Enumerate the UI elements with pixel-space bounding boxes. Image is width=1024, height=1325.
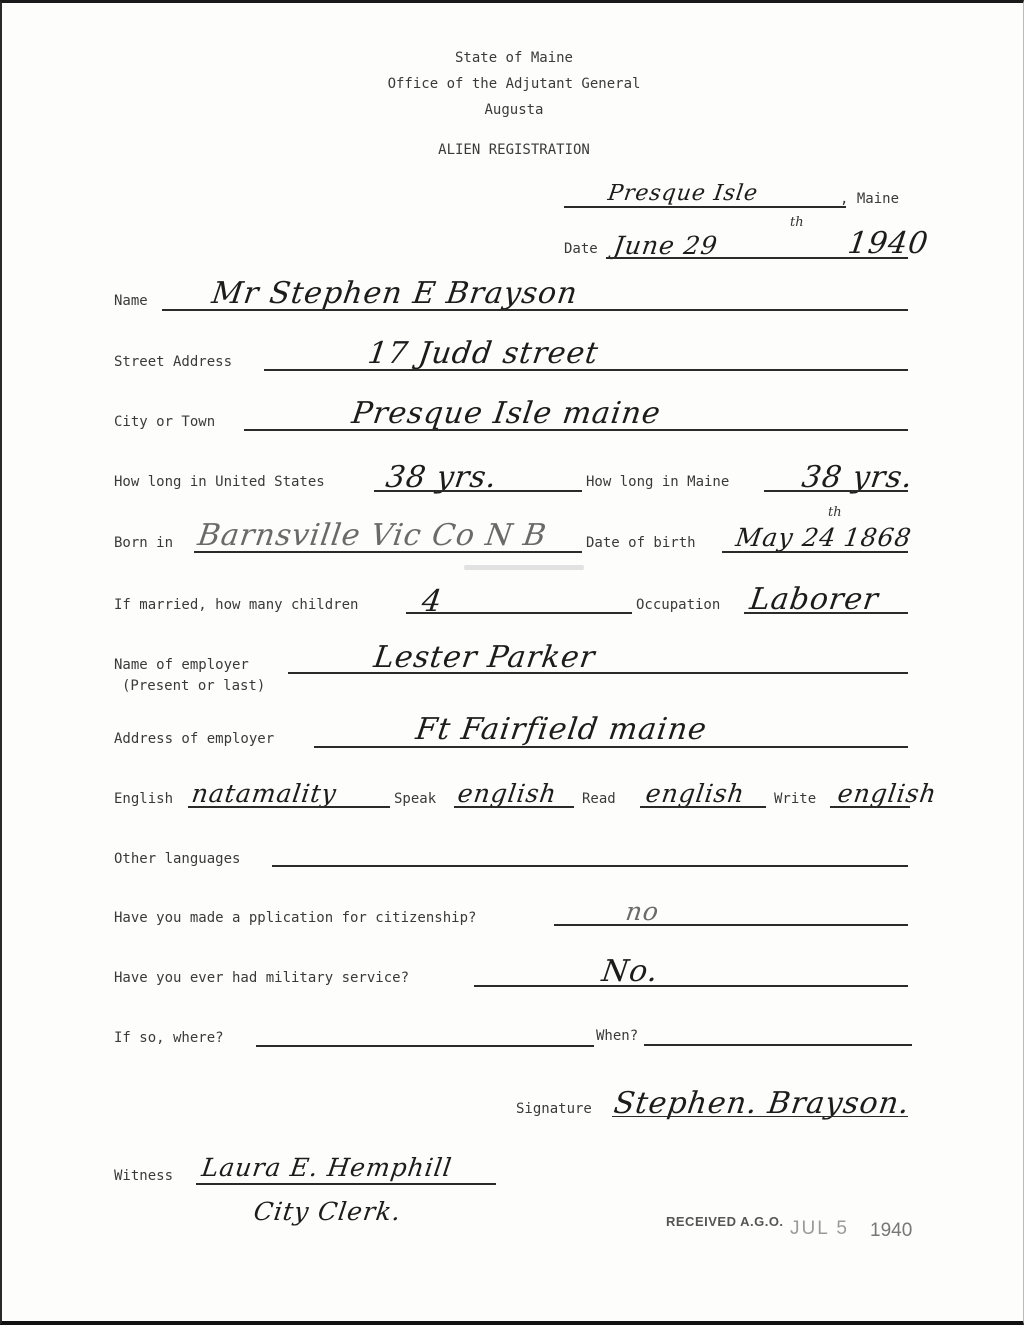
received-stamp-date: JUL 5 (790, 1219, 849, 1238)
children-line (406, 612, 632, 614)
dob-year: 1868 (842, 525, 913, 550)
header-city: Augusta (2, 103, 1024, 117)
occupation-value: Laborer (748, 585, 881, 615)
form-title: ALIEN REGISTRATION (2, 143, 1024, 157)
dob-suffix: th (828, 505, 842, 520)
military-line (474, 985, 908, 987)
born-in-value: Barnsville Vic Co N B (196, 521, 549, 551)
english-line (188, 806, 390, 808)
write-line (830, 806, 910, 808)
speak-value: english (456, 781, 558, 806)
citizenship-line (554, 924, 908, 926)
maine-duration-value: 38 yrs. (800, 463, 915, 493)
born-in-line (194, 551, 582, 553)
born-in-label: Born in (114, 536, 173, 550)
citizenship-value: no (624, 899, 661, 924)
speak-line (454, 806, 574, 808)
signature-line (612, 1116, 908, 1117)
witness-label: Witness (114, 1169, 173, 1183)
other-languages-label: Other languages (114, 852, 240, 866)
employer-address-value: Ft Fairfield maine (414, 715, 709, 745)
document-page: State of Maine Office of the Adjutant Ge… (0, 0, 1024, 1325)
city-line (244, 429, 908, 431)
english-label: English (114, 792, 173, 806)
employer-line (288, 672, 908, 674)
received-stamp-year: 1940 (870, 1221, 912, 1240)
header-office: Office of the Adjutant General (2, 77, 1024, 91)
write-label: Write (774, 792, 816, 806)
dob-label: Date of birth (586, 536, 696, 550)
dob-line (722, 551, 908, 553)
place-value: Presque Isle (606, 183, 759, 205)
when-label: When? (596, 1029, 638, 1043)
place-line (564, 206, 846, 208)
maine-duration-label: How long in Maine (586, 475, 729, 489)
place-suffix: , Maine (840, 192, 899, 206)
received-stamp-label: RECEIVED A.G.O. (666, 1215, 784, 1228)
dob-value: May 24 (734, 525, 838, 550)
signature-value: Stephen. Brayson. (612, 1089, 912, 1119)
city-label: City or Town (114, 415, 215, 429)
header-state: State of Maine (2, 51, 1024, 65)
military-value: No. (600, 957, 661, 987)
street-label: Street Address (114, 355, 232, 369)
read-line (640, 806, 766, 808)
us-duration-label: How long in United States (114, 475, 325, 489)
street-line (264, 369, 908, 371)
date-month-day: June 29 (612, 233, 719, 258)
occupation-label: Occupation (636, 598, 720, 612)
witness-line (196, 1183, 496, 1185)
write-value: english (836, 781, 938, 806)
signature-label: Signature (516, 1102, 592, 1116)
when-line (644, 1044, 912, 1046)
maine-duration-line (764, 490, 908, 492)
name-line (162, 309, 908, 311)
where-label: If so, where? (114, 1031, 224, 1045)
date-year: 1940 (846, 229, 931, 259)
where-line (256, 1045, 594, 1047)
english-value: natamality (190, 781, 338, 806)
date-label: Date (564, 242, 598, 256)
military-label: Have you ever had military service? (114, 971, 409, 985)
children-label: If married, how many children (114, 598, 358, 612)
read-value: english (644, 781, 746, 806)
witness-title: City Clerk. (252, 1199, 403, 1224)
speak-label: Speak (394, 792, 436, 806)
us-duration-line (374, 490, 582, 492)
employer-label: Name of employer (114, 658, 249, 672)
employer-sublabel: (Present or last) (122, 679, 265, 693)
date-line (606, 257, 908, 259)
employer-value: Lester Parker (372, 643, 597, 673)
date-day-suffix: th (790, 215, 804, 230)
other-languages-line (272, 865, 908, 867)
occupation-line (744, 612, 908, 614)
citizenship-label: Have you made a pplication for citizensh… (114, 911, 476, 925)
witness-value: Laura E. Hemphill (200, 1155, 453, 1180)
name-value: Mr Stephen E Brayson (210, 279, 580, 309)
read-label: Read (582, 792, 616, 806)
employer-address-line (314, 746, 908, 748)
name-label: Name (114, 294, 148, 308)
scan-smudge (464, 565, 584, 570)
us-duration-value: 38 yrs. (384, 463, 499, 493)
street-value: 17 Judd street (366, 339, 601, 369)
city-value: Presque Isle maine (350, 399, 663, 429)
employer-address-label: Address of employer (114, 732, 274, 746)
